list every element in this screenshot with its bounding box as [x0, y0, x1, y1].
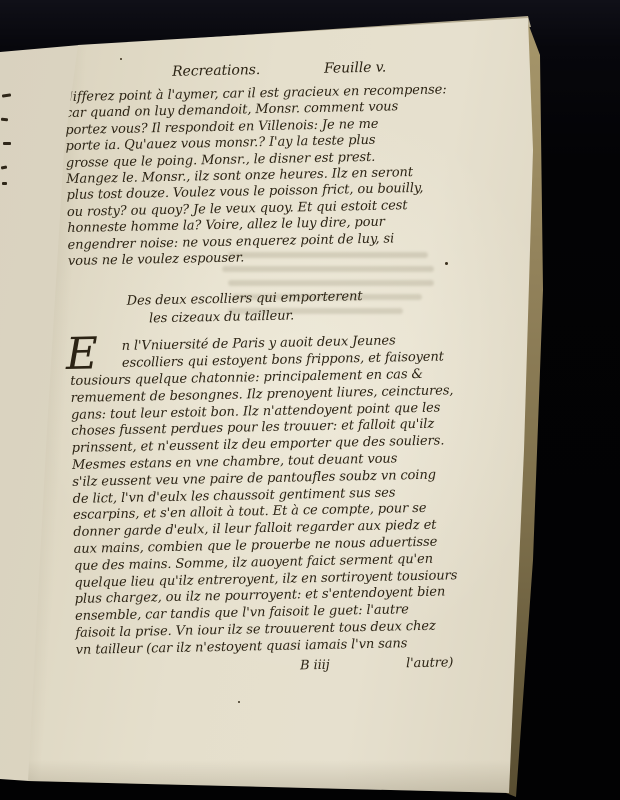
- folio-label: Feuille v.: [324, 60, 386, 77]
- scanned-book-photo: Recreations. Feuille v. differez point à…: [0, 0, 620, 800]
- section-heading: Des deux escolliers qui emporterent les …: [69, 286, 484, 330]
- facing-page-text-fragment: [1, 118, 8, 122]
- facing-page-text-fragment: [2, 182, 7, 185]
- running-header: Recreations. Feuille v.: [64, 58, 478, 82]
- signature-mark: B iiij: [300, 656, 330, 675]
- ink-speck: [120, 58, 122, 60]
- paragraph-2-lines: n l'Vniuersité de Paris y auoit deux Jeu…: [70, 332, 490, 659]
- paragraph-2: E n l'Vniuersité de Paris y auoit deux J…: [70, 332, 490, 659]
- drop-cap-initial: E: [70, 339, 123, 373]
- running-title: Recreations.: [172, 62, 260, 80]
- facing-page-text-fragment: [3, 142, 11, 145]
- facing-page-text-fragment: [1, 166, 7, 170]
- page-text: Recreations. Feuille v. differez point à…: [64, 58, 490, 682]
- facing-page-text-fragment: [2, 93, 11, 97]
- paragraph-1: differez point à l'aymer, car il est gra…: [64, 82, 482, 271]
- ink-speck: [238, 701, 240, 703]
- catchword: l'autre): [406, 654, 454, 673]
